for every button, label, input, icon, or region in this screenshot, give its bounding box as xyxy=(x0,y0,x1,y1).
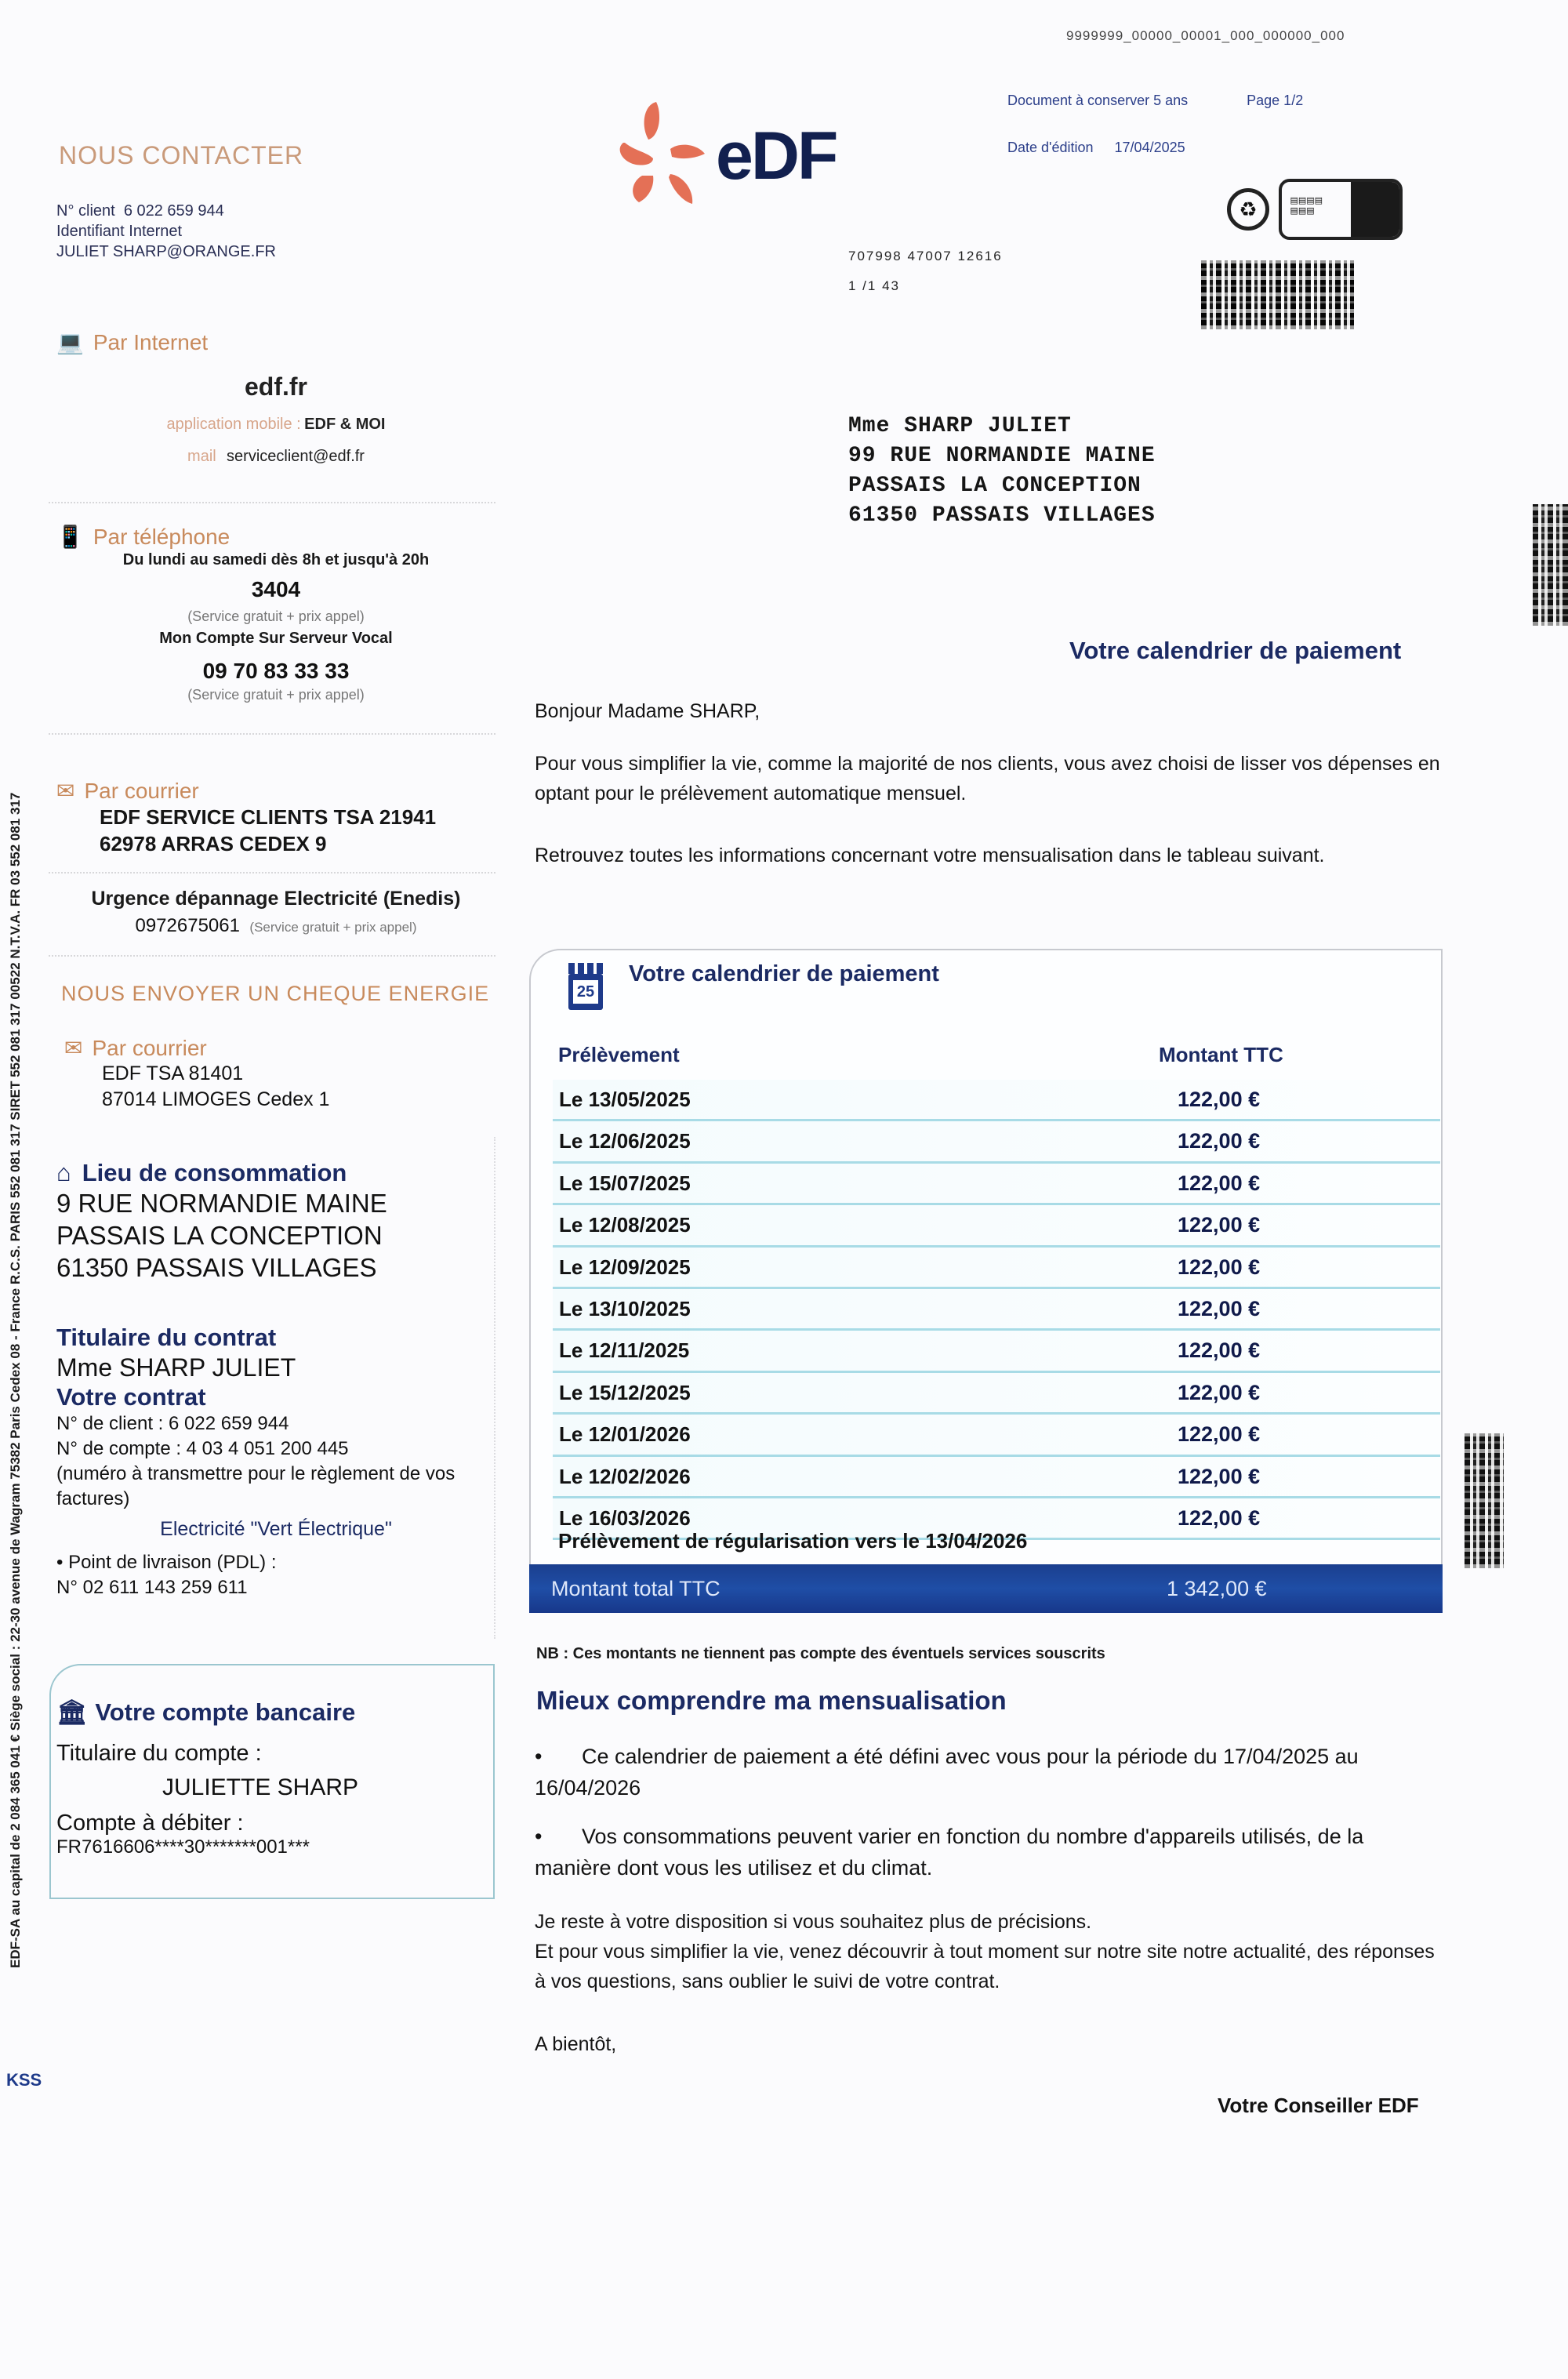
total-label: Montant total TTC xyxy=(551,1577,720,1601)
nb-note: NB : Ces montants ne tiennent pas compte… xyxy=(536,1645,1105,1663)
envelope-icon: ✉ xyxy=(64,1035,82,1061)
triman-badge: ▤▤▤▤▤▤▤ xyxy=(1279,179,1403,240)
phone-number[interactable]: 3404 xyxy=(56,577,495,602)
mail-address-line: 62978 ARRAS CEDEX 9 xyxy=(100,830,495,857)
document-retention: Document à conserver 5 ans Page 1/2 xyxy=(1007,93,1303,109)
app-name: EDF & MOI xyxy=(304,416,385,433)
explain-bullet: •Ce calendrier de paiement a été défini … xyxy=(535,1741,1444,1803)
edition-date-label: Date d'édition xyxy=(1007,140,1094,155)
payment-date: Le 12/09/2025 xyxy=(559,1255,691,1280)
divider xyxy=(49,733,495,735)
divider xyxy=(49,872,495,874)
emergency: Urgence dépannage Electricité (Enedis) 0… xyxy=(56,888,495,937)
site-address-line: 61350 PASSAIS VILLAGES xyxy=(56,1251,495,1284)
vocal-server-note: (Service gratuit + prix appel) xyxy=(56,687,495,703)
recipient-address: Mme SHARP JULIET 99 RUE NORMANDIE MAINE … xyxy=(848,412,1156,531)
payment-amount: 122,00 € xyxy=(1178,1422,1260,1447)
payment-amount: 122,00 € xyxy=(1178,1088,1260,1112)
client-number: 6 022 659 944 xyxy=(124,202,224,220)
recipient-line: 99 RUE NORMANDIE MAINE xyxy=(848,441,1156,471)
payment-amount: 122,00 € xyxy=(1178,1171,1260,1196)
payment-amount: 122,00 € xyxy=(1178,1465,1260,1489)
payment-date: Le 13/10/2025 xyxy=(559,1297,691,1321)
payment-date: Le 12/06/2025 xyxy=(559,1129,691,1153)
letter-subject: Votre calendrier de paiement xyxy=(1069,637,1401,665)
payment-amount: 122,00 € xyxy=(1178,1129,1260,1153)
payment-date: Le 13/05/2025 xyxy=(559,1088,691,1112)
site-address-line: 9 RUE NORMANDIE MAINE xyxy=(56,1187,495,1219)
phone-hours: Du lundi au samedi dès 8h et jusqu'à 20h xyxy=(56,551,495,569)
column-header-date: Prélèvement xyxy=(558,1043,680,1067)
contract-client-number: N° de client : 6 022 659 944 xyxy=(56,1411,495,1436)
divider xyxy=(49,502,495,503)
payment-date: Le 12/01/2026 xyxy=(559,1422,691,1447)
table-row: Le 12/06/2025122,00 € xyxy=(553,1121,1440,1163)
retention-note: Document à conserver 5 ans xyxy=(1007,93,1188,109)
service-email-link[interactable]: serviceclient@edf.fr xyxy=(227,448,365,465)
payment-amount: 122,00 € xyxy=(1178,1338,1260,1363)
datamatrix-code xyxy=(1201,260,1354,329)
payment-amount: 122,00 € xyxy=(1178,1255,1260,1280)
table-row: Le 15/07/2025122,00 € xyxy=(553,1164,1440,1205)
site-heading: Lieu de consommation xyxy=(82,1159,347,1186)
payment-date: Le 15/07/2025 xyxy=(559,1171,691,1196)
greeting: Bonjour Madame SHARP, xyxy=(535,696,1444,726)
contract-info: Titulaire du contrat Mme SHARP JULIET Vo… xyxy=(56,1324,495,1600)
website-link[interactable]: edf.fr xyxy=(56,372,495,401)
phone-note: (Service gratuit + prix appel) xyxy=(56,608,495,625)
payment-date: Le 12/08/2025 xyxy=(559,1213,691,1237)
triman-label: ▤▤▤▤▤▤▤ xyxy=(1290,196,1323,216)
closing-paragraph-1: Je reste à votre disposition si vous sou… xyxy=(535,1907,1444,1937)
mail-code-line: 707998 47007 12616 xyxy=(848,242,1003,271)
cheque-mail-heading: Par courrier xyxy=(92,1036,206,1060)
recipient-line: 61350 PASSAIS VILLAGES xyxy=(848,501,1156,531)
table-row: Le 12/09/2025122,00 € xyxy=(553,1248,1440,1289)
internet-id-label: Identifiant Internet xyxy=(56,221,276,242)
vocal-server-number[interactable]: 09 70 83 33 33 xyxy=(56,659,495,684)
bank-account: 🏛Votre compte bancaire Titulaire du comp… xyxy=(56,1698,495,1858)
closing-salutation: A bientôt, xyxy=(535,2029,1444,2059)
phone-icon: 📱 xyxy=(56,524,84,550)
payment-date: Le 15/12/2025 xyxy=(559,1381,691,1405)
datamatrix-code xyxy=(1465,1433,1504,1568)
schedule-rows: Le 13/05/2025122,00 €Le 12/06/2025122,00… xyxy=(553,1080,1440,1540)
explain-bullet: •Vos consommations peuvent varier en fon… xyxy=(535,1821,1444,1883)
table-row: Le 13/10/2025122,00 € xyxy=(553,1289,1440,1331)
table-row: Le 12/08/2025122,00 € xyxy=(553,1205,1440,1247)
iban-masked: FR7616606****30*******001*** xyxy=(56,1836,495,1858)
recipient-line: PASSAIS LA CONCEPTION xyxy=(848,471,1156,501)
contact-internet: 💻Par Internet edf.fr application mobile … xyxy=(56,329,495,466)
internet-heading: Par Internet xyxy=(93,330,208,354)
brand-name: eDF xyxy=(716,118,836,195)
document-reference: 9999999_00000_00001_000_000000_000 xyxy=(1066,28,1345,44)
contact-mail: ✉Par courrier EDF SERVICE CLIENTS TSA 21… xyxy=(56,778,495,857)
payment-date: Le 12/11/2025 xyxy=(559,1338,689,1363)
phone-heading: Par téléphone xyxy=(93,525,230,549)
app-label: application mobile : xyxy=(166,416,300,433)
recycle-icon: ♻ xyxy=(1227,188,1269,231)
payment-date: Le 12/02/2026 xyxy=(559,1465,691,1489)
contract-heading: Votre contrat xyxy=(56,1383,495,1411)
eco-badges: ♻ ▤▤▤▤▤▤▤ xyxy=(1227,179,1403,240)
bank-holder-label: Titulaire du compte : xyxy=(56,1741,495,1767)
client-number-label: N° client xyxy=(56,202,115,220)
recipient-line: Mme SHARP JULIET xyxy=(848,412,1156,441)
closing-paragraph-2: Et pour vous simplifier la vie, venez dé… xyxy=(535,1937,1444,1996)
payment-amount: 122,00 € xyxy=(1178,1213,1260,1237)
edf-flower-icon xyxy=(608,94,717,212)
contact-phone: 📱Par téléphone Du lundi au samedi dès 8h… xyxy=(56,524,495,703)
cheque-address-line: EDF TSA 81401 xyxy=(102,1061,503,1087)
mail-address-line: EDF SERVICE CLIENTS TSA 21941 xyxy=(100,804,495,830)
schedule-title: Votre calendrier de paiement xyxy=(629,961,939,987)
laptop-icon: 💻 xyxy=(56,329,84,355)
pdl-number: N° 02 611 143 259 611 xyxy=(56,1575,495,1600)
contract-account-number: N° de compte : 4 03 4 051 200 445 xyxy=(56,1436,495,1462)
explain-heading: Mieux comprendre ma mensualisation xyxy=(536,1686,1007,1716)
emergency-label: Urgence dépannage Electricité (Enedis) xyxy=(56,888,495,910)
column-header-amount: Montant TTC xyxy=(1159,1043,1283,1067)
house-icon: ⌂ xyxy=(56,1159,71,1186)
holder-heading: Titulaire du contrat xyxy=(56,1324,495,1352)
mail-heading: Par courrier xyxy=(84,779,198,803)
cheque-address-line: 87014 LIMOGES Cedex 1 xyxy=(102,1087,503,1113)
intro-paragraph: Pour vous simplifier la vie, comme la ma… xyxy=(535,749,1444,808)
mail-code-line: 1 /1 43 xyxy=(848,271,1003,301)
calendar-icon: 25 xyxy=(568,963,603,1010)
site-address-line: PASSAIS LA CONCEPTION xyxy=(56,1219,495,1251)
consumption-site: ⌂Lieu de consommation 9 RUE NORMANDIE MA… xyxy=(56,1159,495,1284)
legal-mention: EDF-SA au capital de 2 084 365 041 € Siè… xyxy=(8,793,24,1968)
intro-paragraph-2: Retrouvez toutes les informations concer… xyxy=(535,841,1444,870)
page-number: Page 1/2 xyxy=(1247,93,1303,109)
table-row: Le 13/05/2025122,00 € xyxy=(553,1080,1440,1121)
edition-date: Date d'édition 17/04/2025 xyxy=(1007,140,1185,156)
total-bar: Montant total TTC 1 342,00 € xyxy=(529,1564,1443,1613)
datamatrix-code xyxy=(1533,504,1568,626)
table-row: Le 12/01/2026122,00 € xyxy=(553,1415,1440,1456)
internet-id: JULIET SHARP@ORANGE.FR xyxy=(56,242,276,262)
mail-codes: 707998 47007 12616 1 /1 43 xyxy=(848,242,1003,301)
payment-date: Le 16/03/2026 xyxy=(559,1506,691,1531)
cheque-title: NOUS ENVOYER UN CHEQUE ENERGIE xyxy=(61,982,489,1006)
contract-holder: Mme SHARP JULIET xyxy=(56,1352,495,1383)
emergency-note: (Service gratuit + prix appel) xyxy=(249,920,416,935)
regularisation-note: Prélèvement de régularisation vers le 13… xyxy=(558,1529,1027,1553)
vocal-server-label: Mon Compte Sur Serveur Vocal xyxy=(56,630,495,648)
print-mark: KSS xyxy=(6,2070,42,2090)
contract-account-note: (numéro à transmettre pour le règlement … xyxy=(56,1462,468,1512)
pdl-label: • Point de livraison (PDL) : xyxy=(56,1550,495,1575)
contact-title: NOUS CONTACTER xyxy=(59,141,303,170)
emergency-number[interactable]: 0972675061 xyxy=(135,915,239,936)
edf-logo: eDF xyxy=(608,94,843,212)
payment-amount: 122,00 € xyxy=(1178,1506,1260,1531)
contract-offer: Electricité "Vert Électrique" xyxy=(56,1518,495,1541)
table-row: Le 15/12/2025122,00 € xyxy=(553,1373,1440,1415)
mail-label: mail xyxy=(187,448,216,465)
envelope-icon: ✉ xyxy=(56,778,74,804)
table-row: Le 12/02/2026122,00 € xyxy=(553,1457,1440,1498)
divider xyxy=(49,955,495,957)
client-info: N° client 6 022 659 944 Identifiant Inte… xyxy=(56,201,276,262)
payment-amount: 122,00 € xyxy=(1178,1381,1260,1405)
table-row: Le 12/11/2025122,00 € xyxy=(553,1331,1440,1372)
signature: Votre Conseiller EDF xyxy=(1218,2094,1419,2118)
debit-account-label: Compte à débiter : xyxy=(56,1811,495,1836)
total-amount: 1 342,00 € xyxy=(1167,1577,1267,1601)
payment-amount: 122,00 € xyxy=(1178,1297,1260,1321)
bank-holder: JULIETTE SHARP xyxy=(56,1774,495,1801)
bank-heading: Votre compte bancaire xyxy=(95,1698,355,1726)
cheque-mail: ✉Par courrier EDF TSA 81401 87014 LIMOGE… xyxy=(64,1035,503,1113)
edition-date-value: 17/04/2025 xyxy=(1115,140,1185,155)
bank-icon: 🏛 xyxy=(56,1698,87,1726)
